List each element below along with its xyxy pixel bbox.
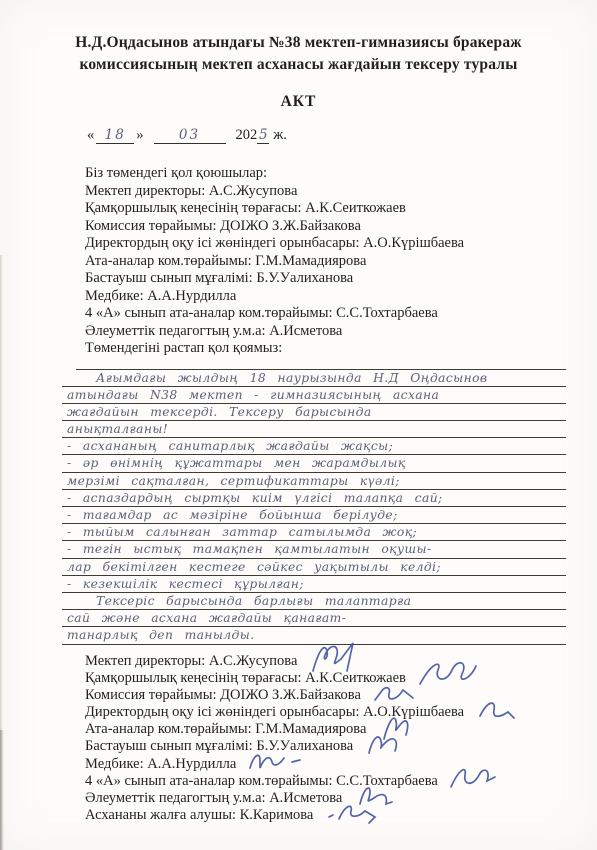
intro-line: 4 «А» сынып ата-аналар ком.төрайымы: С.С… [85,305,567,323]
intro-line: Мектеп директоры: А.С.Жусупова [85,183,567,201]
date-year-typed: 202 [236,127,258,143]
act-heading: АКТ [0,93,597,111]
handwritten-line: - кезекшілік кестесі құрылған; [62,576,566,593]
signature-row-label: Мектеп директоры: А.С.Жусупова [85,653,297,669]
handwritten-line: - тегін ыстық тамақпен қамтылатын оқушы- [62,541,566,558]
handwritten-line: - аспаздардың сыртқы киім үлгісі талапқа… [62,490,566,507]
title-line-2: комиссиясының мектеп асханасы жағдайын т… [48,54,549,76]
signature-row: Мектеп директоры: А.С.Жусупова [85,653,577,670]
handwritten-line: Тексеріс барысында барлығы талаптарға [62,593,566,610]
signature-row: 4 «А» сынып ата-аналар ком.төрайымы: С.С… [85,773,577,790]
date-month-handwritten: 03 [154,127,226,144]
ruled-line-empty [76,360,566,370]
signature-mark [371,678,417,708]
intro-line: Төмендегіні растап қол қоямыз: [85,340,567,358]
scanned-act-document: Н.Д.Оңдасынов атындағы №38 мектеп-гимназ… [0,0,597,850]
signature-mark [363,729,403,759]
intro-line: Ата-аналар ком.төрайымы: Г.М.Мамадиярова [85,253,567,271]
signature-mark [323,799,379,827]
signature-row: Ата-аналар ком.төрайымы: Г.М.Мамадиярова [85,721,577,738]
handwritten-line: атындағы N38 мектеп - гимназиясының асха… [62,387,566,404]
open-quote: « [85,127,96,143]
handwritten-line: лар бекітілген кестеге сәйкес уақытылы к… [62,559,566,576]
signature-row: Қамқоршылық кеңесінің төрағасы: А.К.Сеит… [85,670,577,687]
signature-row: Медбике: А.А.Нурдилла [85,756,577,773]
intro-line: Әлеуметтік педагогтың у.м.а: А.Исметова [85,323,567,341]
signature-block: Мектеп директоры: А.С.Жусупова Қамқоршыл… [85,653,577,825]
signature-row-label: Асхананы жалға алушы: К.Каримова [85,807,313,823]
date-line: «18»032025ж. [85,127,597,144]
signature-row-label: Комиссия төрайымы: ДОІЖО З.Ж.Байзакова [85,687,361,703]
handwritten-line: Ағымдағы жылдың 18 наурызында Н.Д Оңдасы… [62,370,566,387]
handwritten-line: сай және асхана жағдайы қанағат- [62,610,566,627]
handwritten-line: анықталғаны! [62,421,566,438]
title-line-1: Н.Д.Оңдасынов атындағы №38 мектеп-гимназ… [48,32,549,54]
intro-line: Медбике: А.А.Нурдилла [85,288,567,306]
signature-row-label: Медбике: А.А.Нурдилла [85,756,236,772]
handwritten-report-section: Ағымдағы жылдың 18 наурызында Н.Д Оңдасы… [62,360,566,645]
signature-row-label: Қамқоршылық кеңесінің төрағасы: А.К.Сеит… [85,670,406,686]
handwritten-line: жағдайын тексерді. Тексеру барысында [62,404,566,421]
date-year-last-digit-handwritten: 5 [257,127,269,144]
signature-row: Бастауыш сынып мұғалімі: Б.У.Уалиханова [85,738,577,755]
signature-mark [474,696,518,724]
document-title: Н.Д.Оңдасынов атындағы №38 мектеп-гимназ… [48,32,549,76]
handwritten-line: - тағамдар ас мәзіріне бойынша берілуде; [62,507,566,524]
signatories-intro-list: Біз төмендегі қол қоюшылар: Мектеп дирек… [85,165,567,358]
handwritten-line: - асхананың санитарлық жағдайы жақсы; [62,438,566,455]
signature-row: Асхананы жалға алушы: К.Каримова [85,807,577,824]
signature-row-label: Бастауыш сынып мұғалімі: Б.У.Уалиханова [85,738,353,754]
intro-line: Біз төмендегі қол қоюшылар: [85,165,567,183]
signature-mark [447,763,499,793]
intro-line: Комиссия төрайымы: ДОІЖО З.Ж.Байзакова [85,218,567,236]
signature-row: Директордың оқу ісі жөніндегі орынбасары… [85,704,577,721]
date-day-handwritten: 18 [96,127,134,144]
intro-line: Қамқоршылық кеңесінің төрағасы: А.К.Сеит… [85,200,567,218]
signature-row-label: Ата-аналар ком.төрайымы: Г.М.Мамадиярова [85,721,366,737]
signature-row-label: Әлеуметтік педагогтың у.м.а: А.Исметова [85,790,342,806]
intro-line: Бастауыш сынып мұғалімі: Б.У.Уалиханова [85,270,567,288]
intro-line: Директордың оқу ісі жөніндегі орынбасары… [85,235,567,253]
signature-mark [246,748,302,774]
date-suffix: ж. [273,127,287,143]
close-quote: » [134,127,145,143]
handwritten-line: - әр өнімнің құжаттары мен жарамдылық [62,455,566,472]
scan-corner-artifact [0,730,4,850]
handwritten-line: мерзімі сақталған, сертификаттары күәлі; [62,473,566,490]
handwritten-line: - тыйым салынған заттар сатылымда жоқ; [62,524,566,541]
